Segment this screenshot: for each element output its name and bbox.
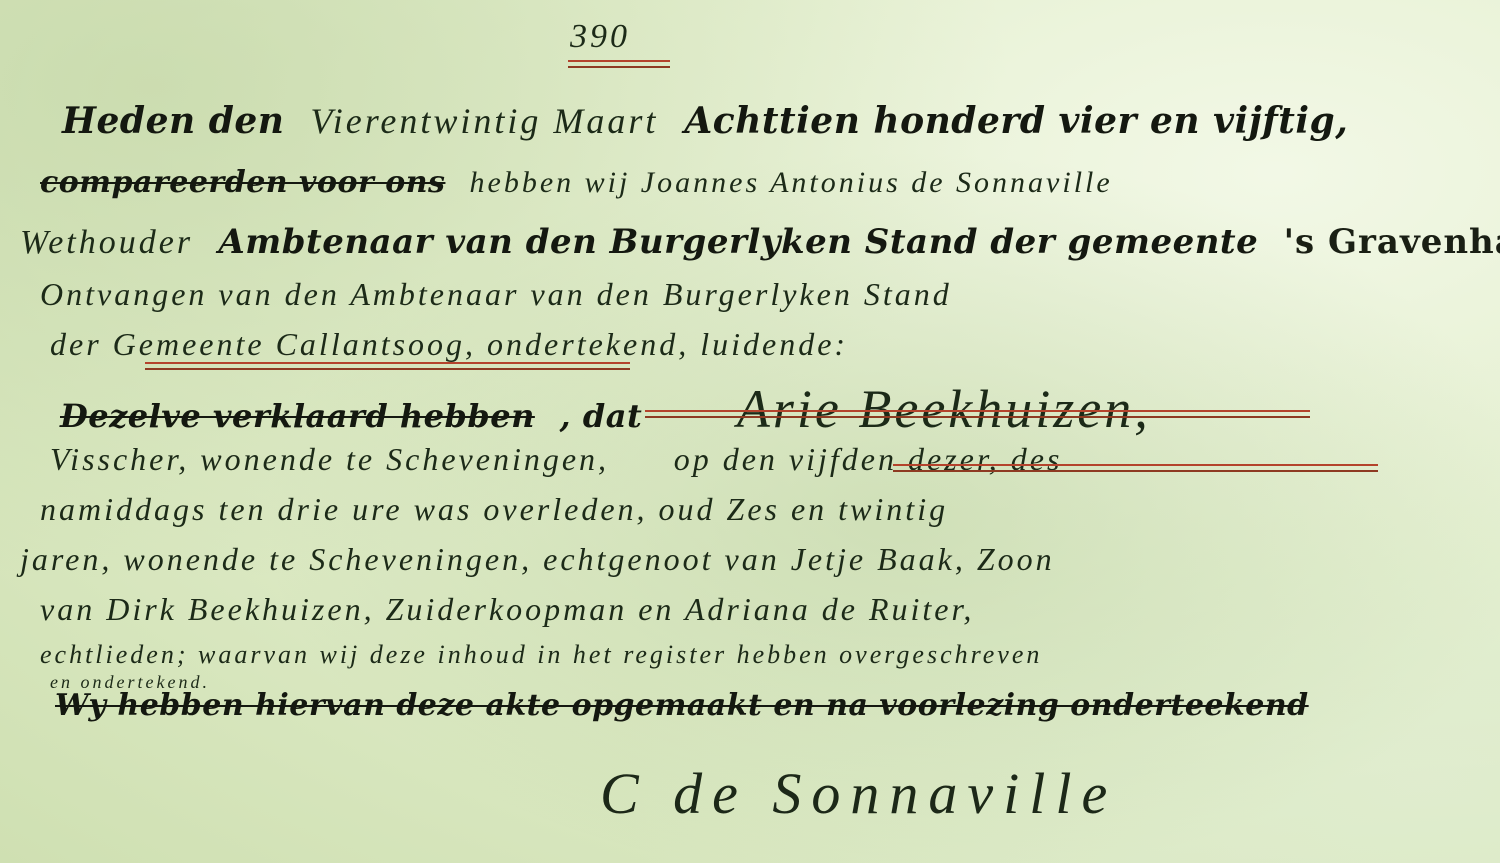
record-number-underline	[568, 60, 670, 62]
date-of-death-underline	[893, 464, 1378, 466]
line-date: Heden den Vierentwintig Maart Achttien h…	[62, 100, 1362, 142]
handwritten-wethouder: Wethouder	[20, 224, 193, 262]
printed-heden-den: Heden den	[62, 100, 284, 142]
handwritten-register: echtlieden; waarvan wij deze inhoud in h…	[40, 640, 1042, 670]
printed-gravenhage: 's Gravenhage:	[1284, 222, 1500, 262]
line-occupation: Visscher, wonende te Scheveningen, op de…	[50, 440, 1076, 478]
line-parents: van Dirk Beekhuizen, Zuiderkoopman en Ad…	[40, 590, 988, 628]
handwritten-deceased-name: Arie Beekhuizen,	[737, 378, 1151, 440]
handwritten-spouse: jaren, wonende te Scheveningen, echtgeno…	[20, 541, 1055, 578]
handwritten-date: Vierentwintig Maart	[310, 100, 658, 142]
struck-dezelve: Dezelve verklaard hebben	[60, 397, 535, 435]
line-time-age: namiddags ten drie ure was overleden, ou…	[40, 490, 962, 528]
callantsoog-underline	[145, 362, 630, 364]
printed-dat: , dat	[560, 397, 643, 435]
handwritten-time-age: namiddags ten drie ure was overleden, ou…	[40, 491, 948, 528]
handwritten-visscher: Visscher, wonende te Scheveningen,	[50, 441, 609, 478]
line-ontvangen: Ontvangen van den Ambtenaar van den Burg…	[40, 275, 966, 313]
printed-ambtenaar: Ambtenaar van den Burgerlyken Stand der …	[218, 222, 1258, 262]
deceased-name-underline	[645, 410, 1310, 412]
line-deceased-name: Dezelve verklaard hebben , dat Arie Beek…	[60, 378, 1165, 440]
struck-closing-formula: Wy hebben hiervan deze akte opgemaakt en…	[55, 688, 1309, 723]
official-signature: C de Sonnaville	[600, 760, 1117, 827]
handwritten-callantsoog: der Gemeente Callantsoog, ondertekend, l…	[50, 326, 848, 363]
handwritten-date-of-death: op den vijfden dezer, des	[674, 441, 1063, 478]
handwritten-ontvangen: Ontvangen van den Ambtenaar van den Burg…	[40, 276, 952, 313]
line-register: echtlieden; waarvan wij deze inhoud in h…	[40, 640, 1056, 670]
struck-compareerden: compareerden voor ons	[40, 165, 445, 200]
record-number: 390	[570, 18, 630, 56]
printed-year: Achttien honderd vier en vijftig,	[684, 100, 1348, 142]
line-compareerden: compareerden voor ons hebben wij Joannes…	[40, 165, 1127, 200]
handwritten-parents: van Dirk Beekhuizen, Zuiderkoopman en Ad…	[40, 591, 974, 628]
handwritten-official-name: hebben wij Joannes Antonius de Sonnavill…	[470, 166, 1113, 200]
line-ambtenaar: Wethouder Ambtenaar van den Burgerlyken …	[20, 222, 1500, 262]
line-spouse: jaren, wonende te Scheveningen, echtgeno…	[20, 540, 1069, 578]
line-closing: Wy hebben hiervan deze akte opgemaakt en…	[55, 688, 1323, 723]
line-gemeente: der Gemeente Callantsoog, ondertekend, l…	[50, 325, 862, 363]
